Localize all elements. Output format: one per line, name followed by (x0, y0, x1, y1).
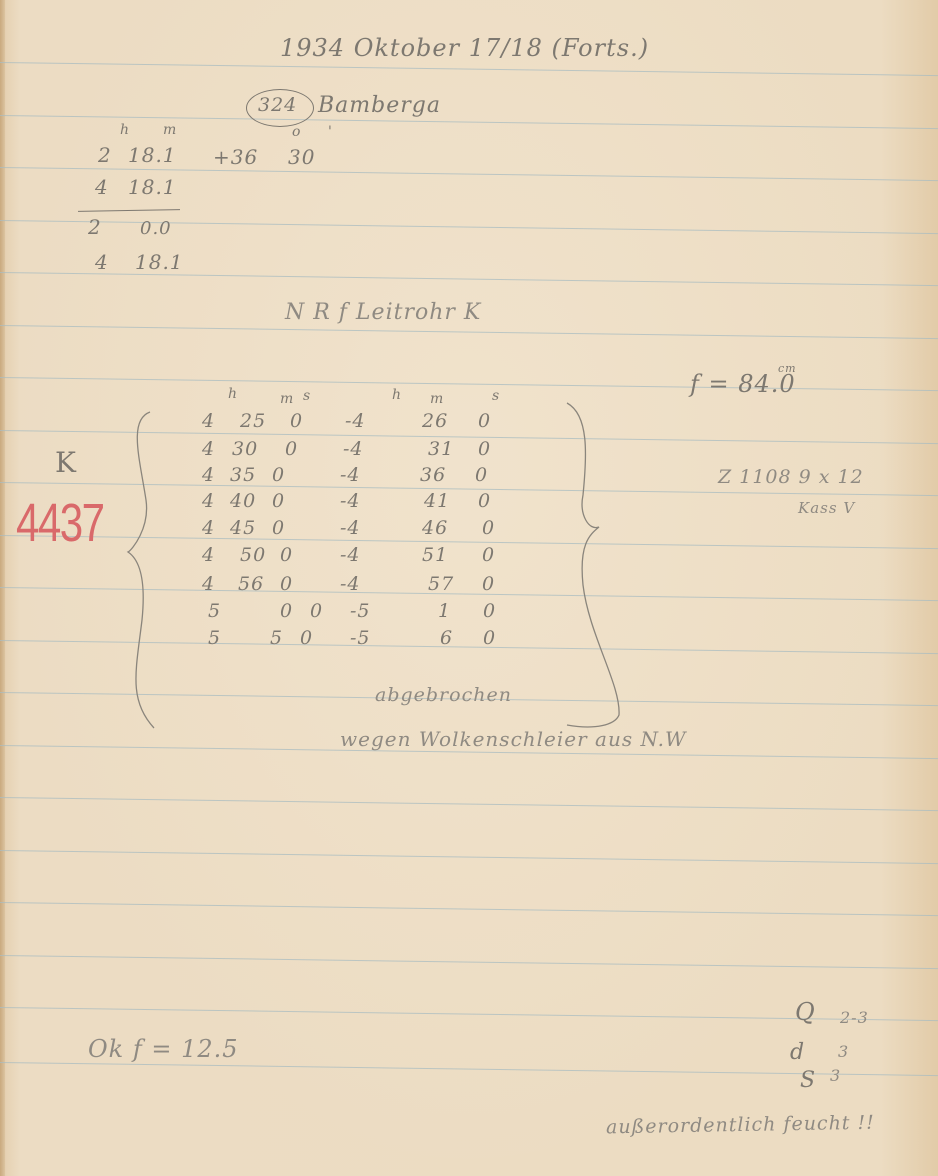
plate-info-2: Kass V (798, 499, 855, 517)
left-brace (118, 410, 158, 730)
object-number: 324 (258, 94, 297, 116)
exposure-row: 500 -510 (200, 600, 520, 630)
ruled-line (0, 325, 938, 339)
exposure-row: 4250 -4260 (200, 410, 520, 440)
unit-m: m (163, 122, 177, 138)
exposure-row: 550 -560 (200, 627, 520, 657)
pos-row-1-m: 18.1 (128, 143, 177, 167)
plate-label: K (55, 446, 77, 479)
ruled-line (0, 797, 938, 811)
exp-header-end-h: h (392, 387, 402, 403)
exp-header-start-h: h (228, 386, 238, 402)
pos-row-1-dec: +36 (213, 145, 258, 169)
exp-header-end-s: s (492, 388, 500, 404)
object-name: Bamberga (318, 93, 441, 118)
plate-info: Z 1108 9 x 12 (718, 466, 864, 488)
pos-row-3-h: 2 (88, 215, 102, 239)
unit-deg: o (292, 124, 301, 140)
notebook-page: 1934 Oktober 17/18 (Forts.) 324 Bamberga… (0, 0, 938, 1176)
exposure-row: 4450 -4460 (200, 517, 520, 547)
exposure-row: 4400 -4410 (200, 490, 520, 520)
pos-row-3-m: 0.0 (140, 218, 172, 239)
note-line-2: wegen Wolkenschleier aus N.W (340, 727, 687, 751)
condition-value-2: 3 (838, 1042, 849, 1061)
condition-value-1: 2-3 (840, 1008, 869, 1027)
condition-symbol-1: Q (795, 998, 816, 1026)
condition-value-3: 3 (830, 1066, 841, 1085)
right-brace (565, 395, 625, 725)
ruled-line (0, 115, 938, 129)
note-line-1: abgebrochen (375, 684, 512, 706)
footer-note: außerordentlich feucht !! (606, 1112, 875, 1139)
focal-unit: cm (778, 362, 797, 375)
exp-header-end-m: m (430, 391, 444, 407)
condition-symbol-3: S (800, 1068, 816, 1093)
ruled-line (0, 62, 938, 76)
pos-row-2-m: 18.1 (128, 175, 177, 199)
exposure-row: 4560 -4570 (200, 573, 520, 603)
pos-row-1-h: 2 (98, 143, 112, 167)
ruled-line (0, 850, 938, 864)
pos-row-4-h: 4 (95, 250, 109, 274)
unit-h: h (120, 122, 130, 138)
page-header: 1934 Oktober 17/18 (Forts.) (280, 34, 649, 62)
ok-value: Ok f = 12.5 (88, 1035, 239, 1063)
pos-row-2-h: 4 (95, 175, 109, 199)
plate-number: 4437 (16, 492, 103, 554)
exp-header-start-s: s (303, 388, 311, 404)
pos-row-1-dec-min: 30 (288, 145, 315, 169)
ruled-line (0, 377, 938, 391)
condition-symbol-2: d (790, 1040, 805, 1065)
instrument-line: N R f Leitrohr K (285, 300, 481, 325)
ruled-line (0, 902, 938, 916)
sum-line (78, 209, 180, 212)
unit-arcmin: ' (328, 124, 333, 140)
exposure-row: 4500 -4510 (200, 544, 520, 574)
ruled-line (0, 272, 938, 286)
pos-row-4-m: 18.1 (135, 250, 184, 274)
ruled-line (0, 955, 938, 969)
exp-header-start-m: m (280, 391, 294, 407)
